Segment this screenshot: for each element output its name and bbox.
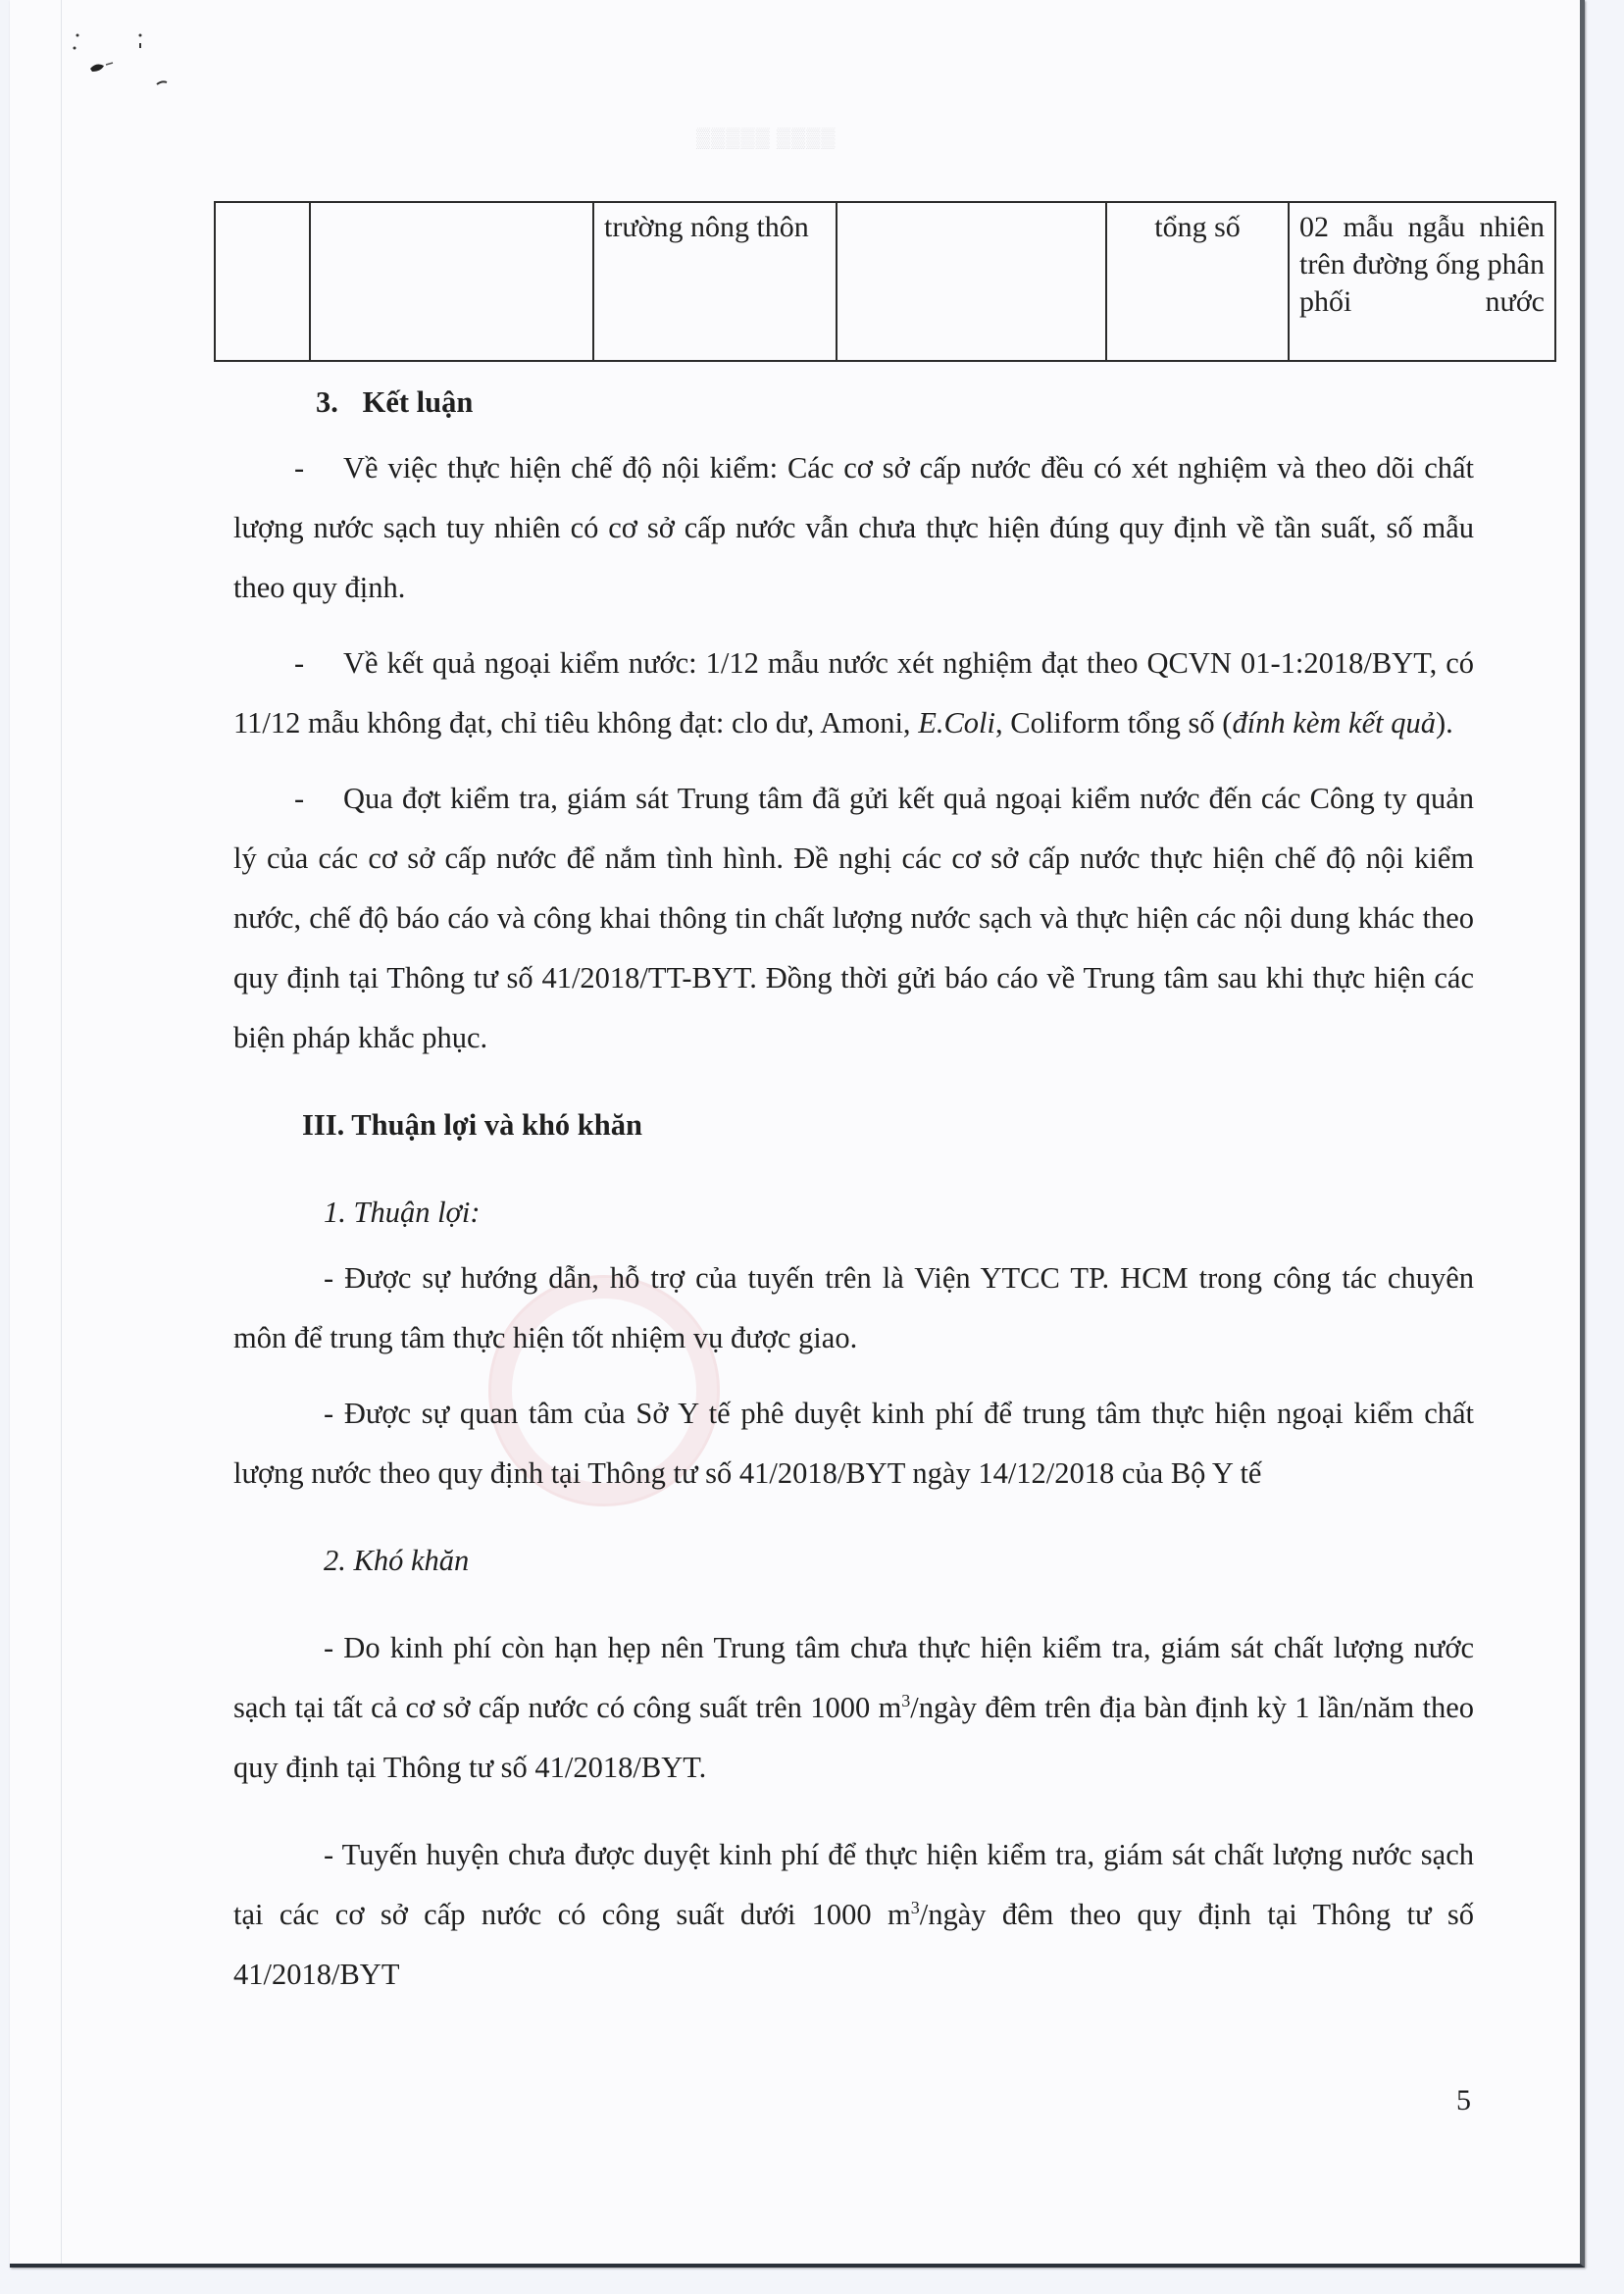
- superscript: 3: [911, 1898, 920, 1917]
- superscript: 3: [901, 1691, 910, 1710]
- table-cell-empty: [837, 202, 1106, 361]
- subheading-difficulties: 2. Khó khăn: [324, 1531, 1474, 1591]
- scan-artifact-line: [61, 0, 62, 2264]
- bleed-through-text: ▒▒▒▒▒ ▒▒▒▒: [696, 127, 837, 150]
- difficulty-item: - Do kinh phí còn hạn hẹp nên Trung tâm …: [233, 1618, 1474, 1798]
- paragraph-text: Qua đợt kiểm tra, giám sát Trung tâm đã …: [233, 782, 1474, 1054]
- organism-name: E.Coli: [918, 706, 995, 739]
- advantage-item: - Được sự hướng dẫn, hỗ trợ của tuyến tr…: [233, 1249, 1474, 1368]
- document-body: 3. Kết luận -Về việc thực hiện chế độ nộ…: [233, 373, 1474, 2005]
- bullet-dash: -: [294, 769, 343, 829]
- table-row: trường nông thôn tổng số 02 mẫu ngẫu nhi…: [215, 202, 1555, 361]
- section-heading-advantages-difficulties: III. Thuận lợi và khó khăn: [302, 1096, 1474, 1155]
- document-page: ▒▒▒▒▒ ▒▒▒▒ trường nông thôn tổng số 02 m…: [10, 0, 1585, 2268]
- table-cell-facility: [310, 202, 593, 361]
- paragraph-text: Về việc thực hiện chế độ nội kiểm: Các c…: [233, 451, 1474, 604]
- table-cell-location: trường nông thôn: [593, 202, 837, 361]
- paragraph-text: ).: [1436, 706, 1453, 739]
- bullet-dash: -: [294, 634, 343, 693]
- conclusion-external-control: -Về kết quả ngoại kiểm nước: 1/12 mẫu nư…: [233, 634, 1474, 753]
- results-table-continuation: trường nông thôn tổng số 02 mẫu ngẫu nhi…: [214, 201, 1554, 362]
- section-title: Kết luận: [363, 385, 474, 419]
- page-number: 5: [1456, 2084, 1471, 2117]
- section-number: 3.: [316, 373, 355, 433]
- table-cell-criteria: tổng số: [1106, 202, 1289, 361]
- table-cell-index: [215, 202, 310, 361]
- paragraph-text: , Coliform tổng số (: [995, 706, 1232, 739]
- difficulty-item: - Tuyến huyện chưa được duyệt kinh phí đ…: [233, 1825, 1474, 2005]
- conclusion-followup: -Qua đợt kiểm tra, giám sát Trung tâm đã…: [233, 769, 1474, 1068]
- advantage-item: - Được sự quan tâm của Sở Y tế phê duyệt…: [233, 1384, 1474, 1504]
- section-heading-conclusion: 3. Kết luận: [316, 373, 1474, 433]
- scan-specks-decoration: [69, 29, 177, 88]
- conclusion-internal-control: -Về việc thực hiện chế độ nội kiểm: Các …: [233, 438, 1474, 618]
- bullet-dash: -: [294, 438, 343, 498]
- attachment-note: đính kèm kết quả: [1232, 706, 1436, 739]
- table-cell-samples: 02 mẫu ngẫu nhiên trên đường ống phân ph…: [1289, 202, 1555, 361]
- subheading-advantages: 1. Thuận lợi:: [324, 1183, 1474, 1243]
